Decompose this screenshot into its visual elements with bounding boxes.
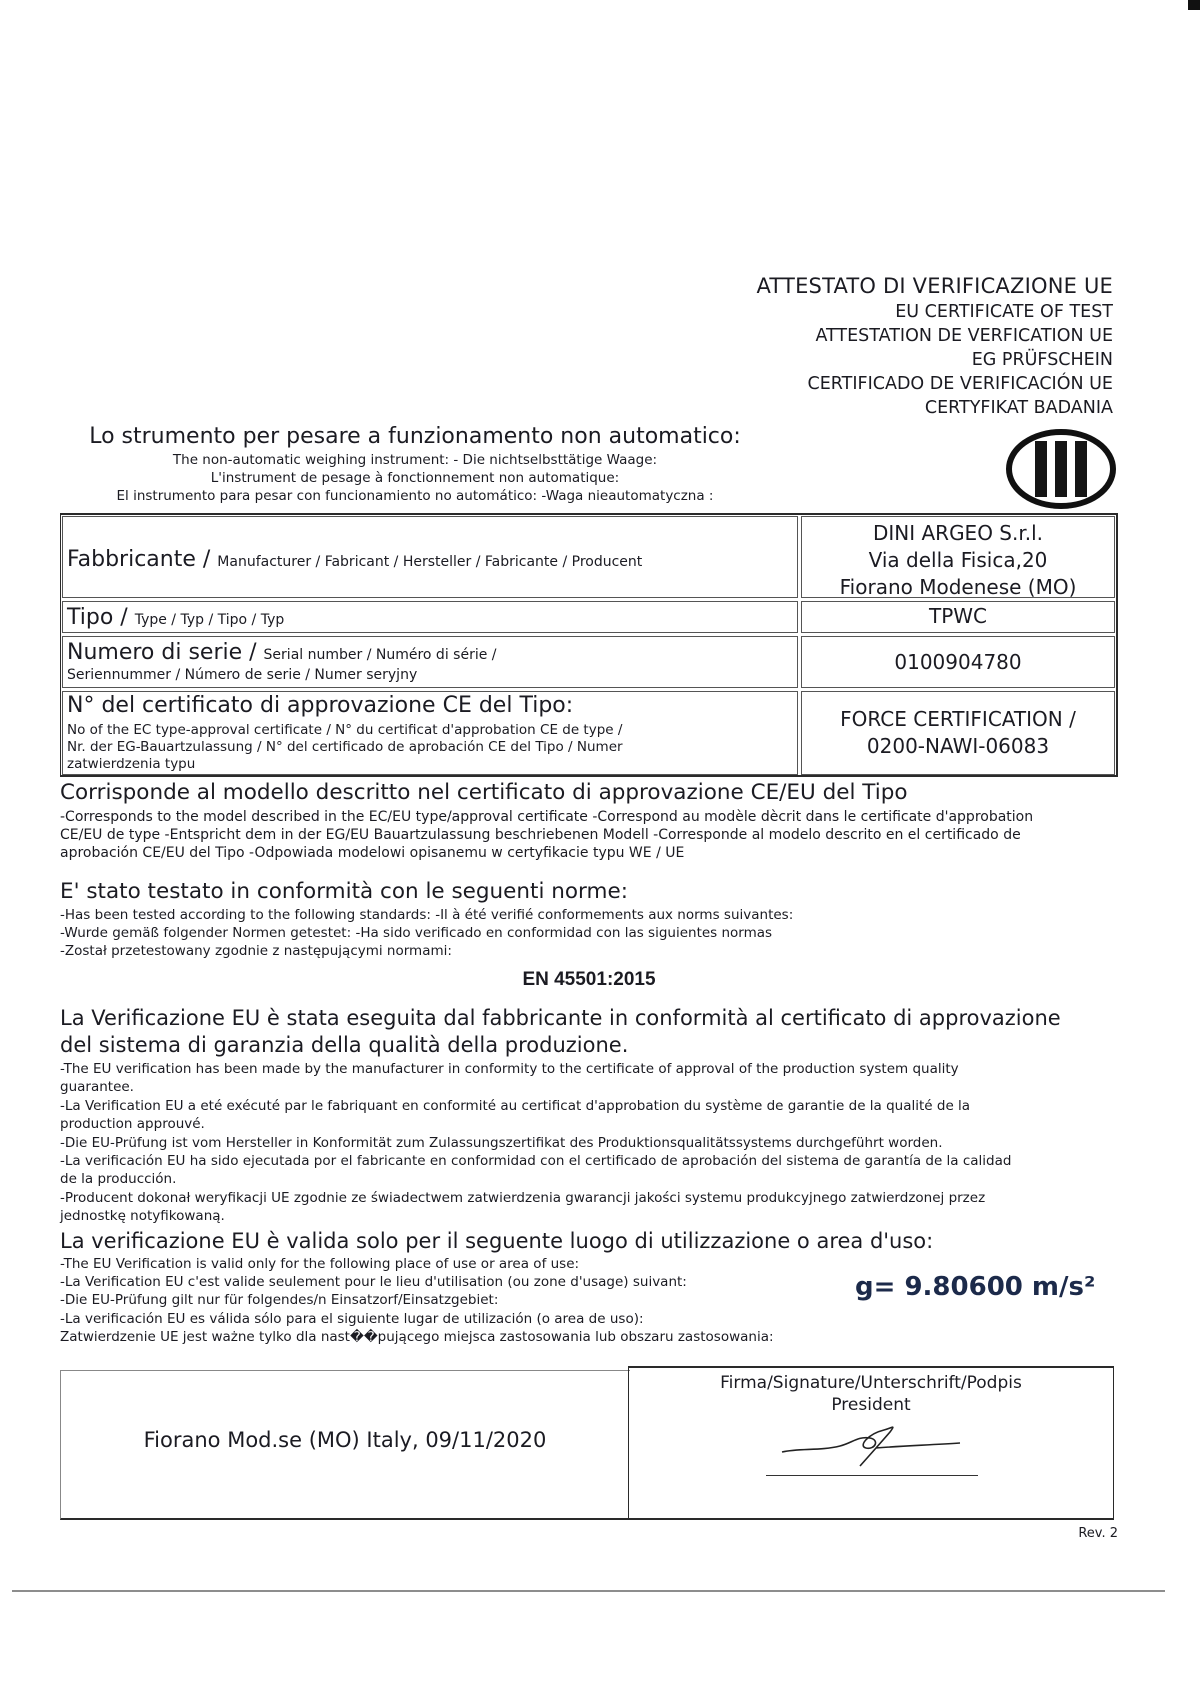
tested-heading: E' stato testato in conformità con le se… [60, 879, 628, 904]
verification-translation: -La verificación EU ha sido ejecutada po… [60, 1152, 1011, 1170]
certificate-title-fr: ATTESTATION DE VERFICATION UE [815, 324, 1113, 348]
validity-heading: La verificazione EU è valida solo per il… [60, 1229, 933, 1253]
manufacturer-label-translations: Manufacturer / Fabricant / Hersteller / … [217, 554, 642, 570]
tested-translation: -Został przetestowany zgodnie z następuj… [60, 942, 452, 960]
certificate-title: ATTESTATO DI VERIFICAZIONE UE [756, 274, 1113, 298]
verification-heading-cont: del sistema di garanzia della qualità de… [60, 1033, 628, 1057]
corresponds-translation: aprobación CE/EU del Tipo -Odpowiada mod… [60, 844, 684, 862]
certificate-title-de: EG PRÜFSCHEIN [972, 348, 1113, 372]
handwritten-signature-icon [780, 1418, 970, 1468]
manufacturer-label-cell: Fabbricante / Manufacturer / Fabricant /… [62, 516, 798, 598]
gravity-value: g= 9.80600 m/s² [855, 1272, 1095, 1302]
type-label-cell: Tipo / Type / Typ / Tipo / Typ [62, 601, 798, 633]
instrument-heading: Lo strumento per pesare a funzionamento … [60, 424, 770, 449]
verification-translation: -Producent dokonał weryfikacji UE zgodni… [60, 1189, 985, 1207]
manufacturer-name: DINI ARGEO S.r.l. [802, 520, 1114, 547]
serial-value: 0100904780 [802, 649, 1114, 676]
verification-translation: guarantee. [60, 1078, 134, 1096]
certificate-label-translation: No of the EC type-approval certificate /… [67, 722, 622, 739]
certificate-number: 0200-NAWI-06083 [802, 733, 1114, 760]
certificate-label: N° del certificato di approvazione CE de… [67, 693, 573, 718]
serial-label-cell: Numero di serie / Serial number / Numéro… [62, 636, 798, 688]
validity-translation: Zatwierdzenie UE jest ważne tylko dla na… [60, 1328, 774, 1346]
certificate-title-pl: CERTYFIKAT BADANIA [925, 396, 1113, 420]
type-value: TPWC [802, 603, 1114, 630]
certificate-issuer: FORCE CERTIFICATION / [802, 706, 1114, 733]
certificate-label-translation: Nr. der EG-Bauartzulassung / N° del cert… [67, 739, 623, 756]
certificate-title-en: EU CERTIFICATE OF TEST [895, 300, 1113, 324]
page-separator [12, 1590, 1165, 1592]
type-label-translations: Type / Typ / Tipo / Typ [135, 612, 285, 628]
verification-heading: La Verificazione EU è stata eseguita dal… [60, 1006, 1061, 1030]
verification-translation: -La Verification EU a eté exécuté par le… [60, 1097, 970, 1115]
tested-translation: -Wurde gemäß folgender Normen getestet: … [60, 924, 772, 942]
corresponds-translation: CE/EU de type -Entspricht dem in der EG/… [60, 826, 1021, 844]
serial-label-translations: Serial number / Numéro di série / [264, 647, 497, 663]
instrument-translation: The non-automatic weighing instrument: -… [60, 452, 770, 469]
validity-translation: -The EU Verification is valid only for t… [60, 1255, 579, 1273]
manufacturer-value-cell: DINI ARGEO S.r.l. Via della Fisica,20 Fi… [801, 516, 1115, 598]
validity-translation: -Die EU-Prüfung gilt nur für folgendes/n… [60, 1291, 498, 1309]
verification-translation: -Die EU-Prüfung ist vom Hersteller in Ko… [60, 1134, 943, 1152]
serial-label-translations-2: Seriennummer / Número de serie / Numer s… [67, 667, 417, 683]
signatory-role: President [628, 1395, 1114, 1415]
instrument-translation: L'instrument de pesage à fonctionnement … [60, 470, 770, 487]
applied-standard: EN 45501:2015 [60, 969, 1118, 991]
signature-label: Firma/Signature/Unterschrift/Podpis [628, 1372, 1114, 1395]
type-value-cell: TPWC [801, 601, 1115, 633]
validity-translation: -La Verification EU c'est valide seuleme… [60, 1273, 687, 1291]
corresponds-translation: -Corresponds to the model described in t… [60, 808, 1033, 826]
certificate-label-cell: N° del certificato di approvazione CE de… [62, 691, 798, 775]
verification-translation: -The EU verification has been made by th… [60, 1060, 959, 1078]
manufacturer-city: Fiorano Modenese (MO) [802, 574, 1114, 601]
instrument-details-table: Fabbricante / Manufacturer / Fabricant /… [60, 513, 1118, 777]
scan-artifact [1188, 0, 1200, 10]
certificate-label-translation: zatwierdzenia typu [67, 756, 195, 773]
metrology-III-oval-icon [1005, 428, 1117, 510]
signature-line [766, 1475, 978, 1476]
serial-label: Numero di serie / [67, 640, 264, 665]
validity-translation: -La verificación EU es válida sólo para … [60, 1310, 644, 1328]
type-label: Tipo / [67, 605, 135, 630]
certificate-title-es: CERTIFICADO DE VERIFICACIÓN UE [808, 372, 1113, 396]
tested-translation: -Has been tested according to the follow… [60, 906, 793, 924]
instrument-translation: El instrumento para pesar con funcionami… [60, 488, 770, 505]
verification-translation: production approuvé. [60, 1115, 205, 1133]
place-and-date: Fiorano Mod.se (MO) Italy, 09/11/2020 [60, 1428, 630, 1452]
corresponds-heading: Corrisponde al modello descritto nel cer… [60, 780, 908, 805]
manufacturer-label: Fabbricante / [67, 547, 217, 572]
verification-translation: jednostkę notyfikowaną. [60, 1207, 225, 1225]
revision-label: Rev. 2 [1078, 1526, 1118, 1541]
serial-value-cell: 0100904780 [801, 636, 1115, 688]
verification-translation: de la producción. [60, 1170, 176, 1188]
certificate-value-cell: FORCE CERTIFICATION / 0200-NAWI-06083 [801, 691, 1115, 775]
manufacturer-street: Via della Fisica,20 [802, 547, 1114, 574]
